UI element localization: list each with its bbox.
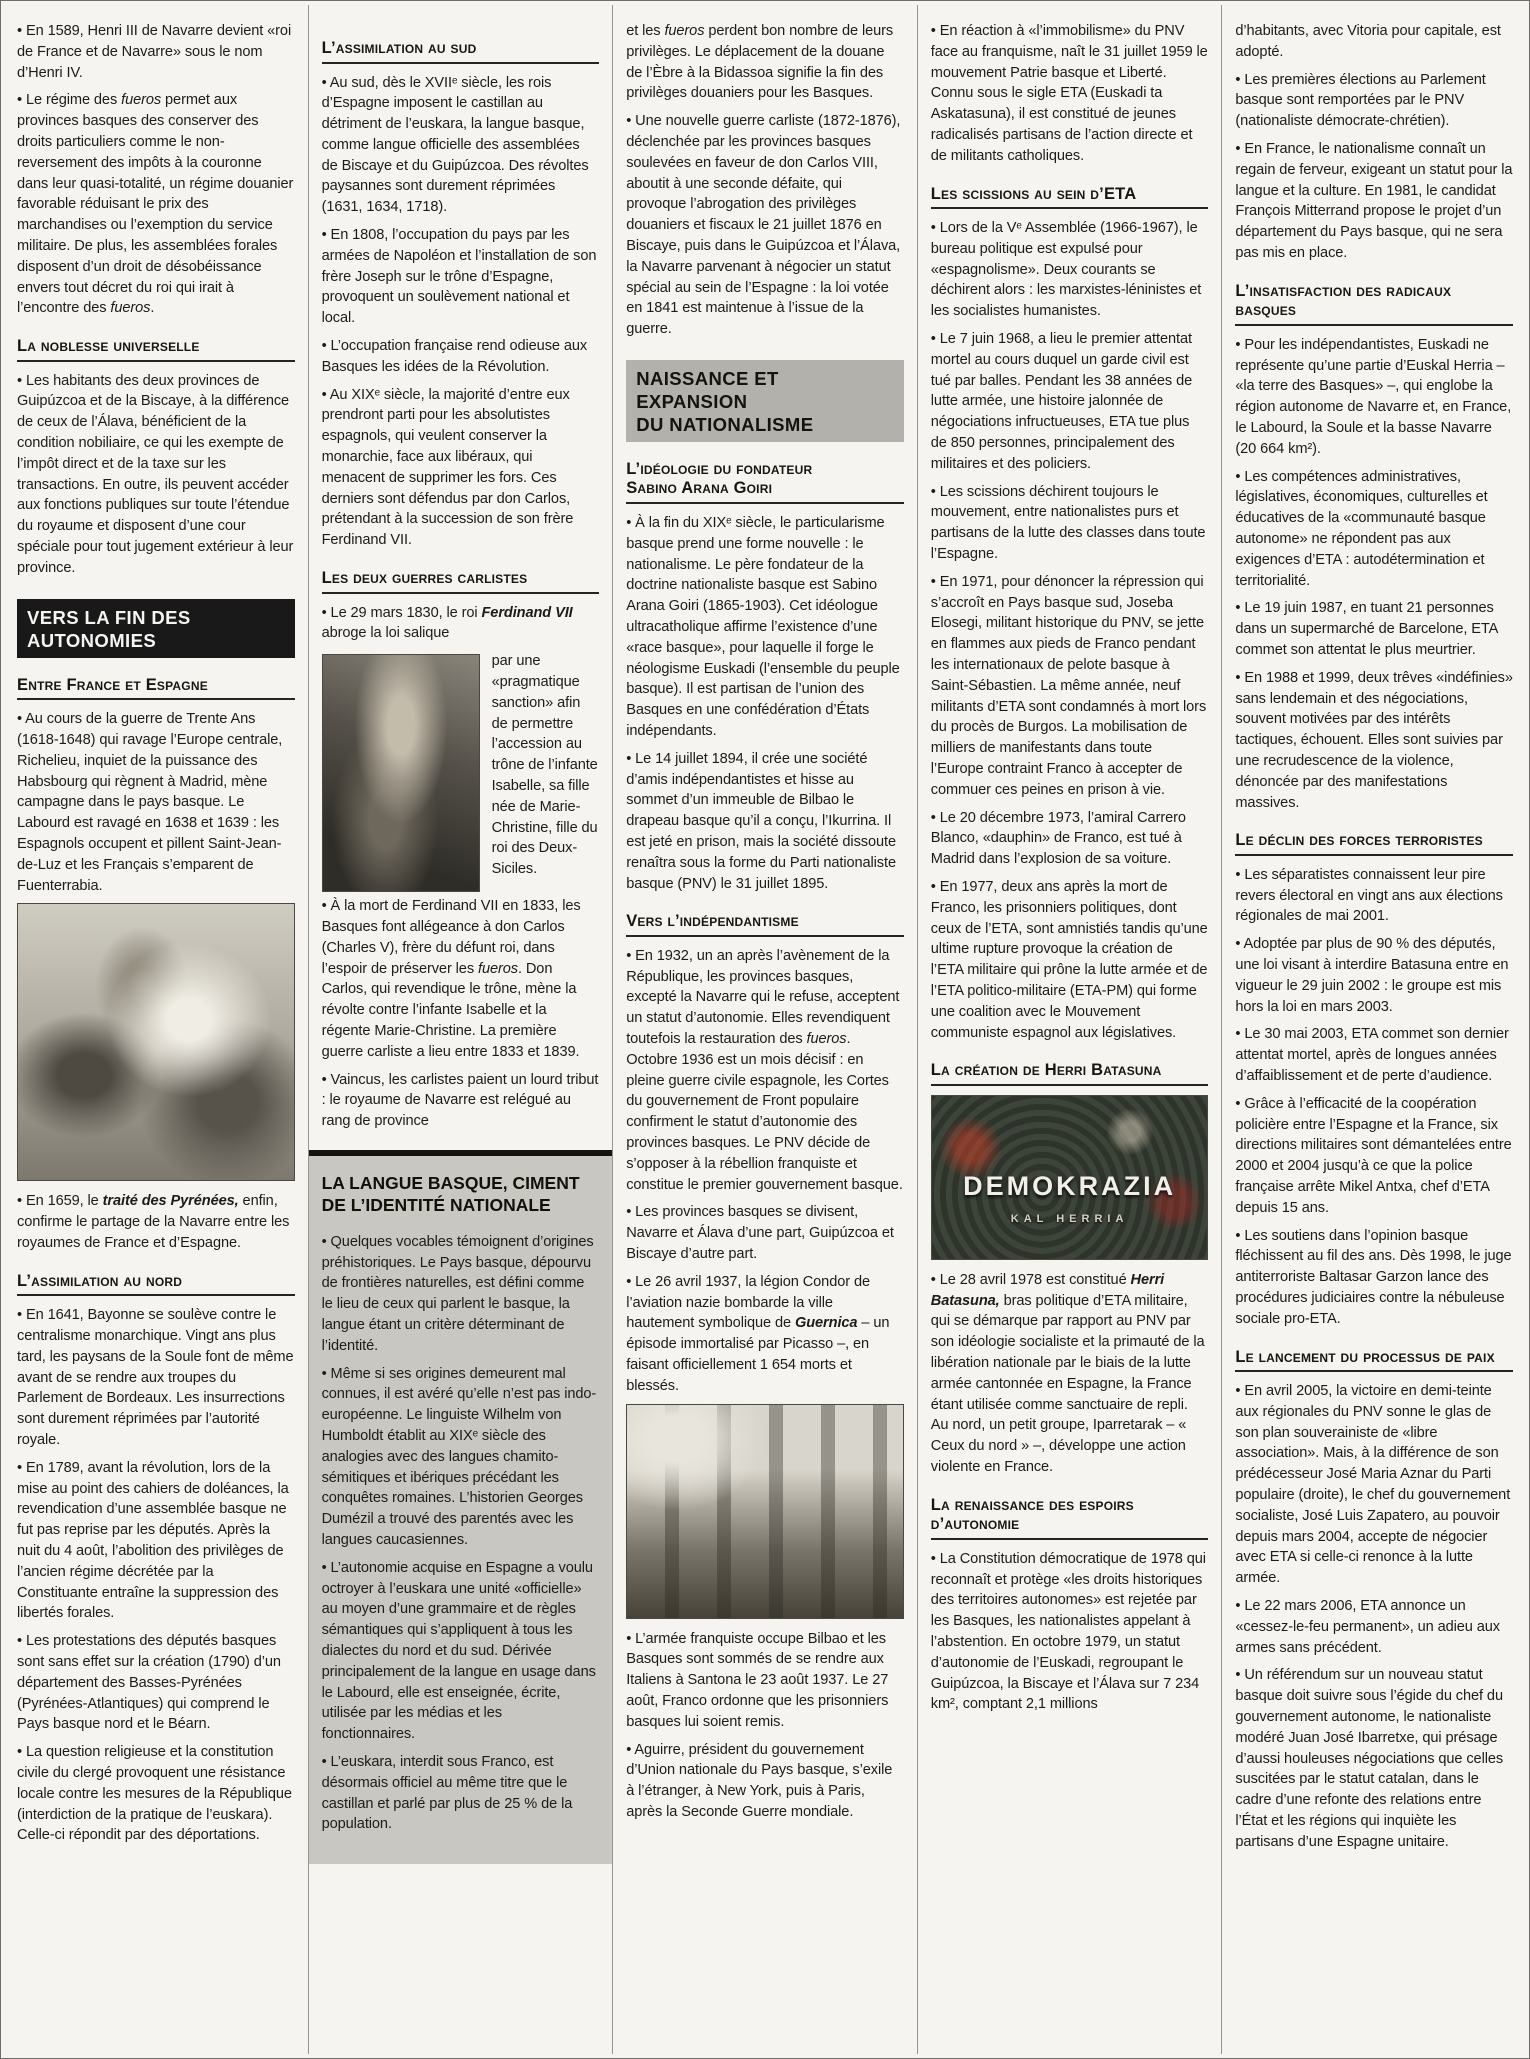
paragraph: • Lors de la Vᵉ Assemblée (1966-1967), l… bbox=[931, 218, 1209, 322]
emphasis-italic: fueros bbox=[110, 300, 150, 316]
paragraph: • En 1971, pour dénoncer la répression q… bbox=[931, 572, 1209, 801]
section-subhead: La création de Herri Batasuna bbox=[931, 1061, 1209, 1086]
paragraph: • Le 7 juin 1968, a lieu le premier atte… bbox=[931, 329, 1209, 475]
section-subhead: L’assimilation au nord bbox=[17, 1272, 295, 1297]
paragraph: • Grâce à l’efficacité de la coopération… bbox=[1235, 1094, 1513, 1219]
paragraph: • Le régime des fueros permet aux provin… bbox=[17, 90, 295, 319]
section-subhead: Les scissions au sein d’ETA bbox=[931, 185, 1209, 210]
paragraph: • Une nouvelle guerre carliste (1872-187… bbox=[626, 111, 904, 340]
paragraph: d’habitants, avec Vitoria pour capitale,… bbox=[1235, 21, 1513, 63]
paragraph: • L’euskara, interdit sous Franco, est d… bbox=[322, 1752, 600, 1835]
paragraph: • En 1589, Henri III de Navarre devient … bbox=[17, 21, 295, 83]
paragraph: • Au XIXᵉ siècle, la majorité d’entre eu… bbox=[322, 385, 600, 551]
paragraph: • Les habitants des deux provinces de Gu… bbox=[17, 371, 295, 579]
paragraph: • En 1808, l’occupation du pays par les … bbox=[322, 225, 600, 329]
page-columns: • En 1589, Henri III de Navarre devient … bbox=[4, 5, 1526, 2054]
paragraph: • Les protestations des députés basques … bbox=[17, 1631, 295, 1735]
paragraph: • En 1977, deux ans après la mort de Fra… bbox=[931, 877, 1209, 1043]
emphasis-bold-italic: Guernica bbox=[795, 1315, 857, 1331]
paragraph: • Le 14 juillet 1894, il crée une sociét… bbox=[626, 749, 904, 895]
sidebar-box: LA LANGUE BASQUE, CIMENT DE L’IDENTITÉ N… bbox=[309, 1150, 613, 1864]
paragraph: • Un référendum sur un nouveau statut ba… bbox=[1235, 1665, 1513, 1852]
paragraph: • Les compétences administratives, légis… bbox=[1235, 467, 1513, 592]
paragraph: • En 1659, le traité des Pyrénées, enfin… bbox=[17, 1191, 295, 1253]
paragraph: • La Constitution démocratique de 1978 q… bbox=[931, 1549, 1209, 1715]
photo-banner-subtext: KAL HERRIA bbox=[932, 1213, 1208, 1225]
paragraph: • La question religieuse et la constitut… bbox=[17, 1742, 295, 1846]
paragraph: • En 1641, Bayonne se soulève contre le … bbox=[17, 1305, 295, 1451]
section-banner: NAISSANCE ET EXPANSION DU NATIONALISME bbox=[626, 360, 904, 442]
paragraph: • Le 28 avril 1978 est constitué Herri B… bbox=[931, 1270, 1209, 1478]
section-subhead: Entre France et Espagne bbox=[17, 676, 295, 701]
paragraph: • Vaincus, les carlistes paient un lourd… bbox=[322, 1070, 600, 1132]
emphasis-italic: fueros bbox=[807, 1031, 847, 1047]
emphasis-italic: fueros bbox=[664, 23, 704, 39]
section-subhead: La renaissance des espoirs d’autonomie bbox=[931, 1496, 1209, 1540]
guernica-ruins-photo-image bbox=[626, 1404, 904, 1619]
paragraph: • Le 26 avril 1937, la légion Condor de … bbox=[626, 1272, 904, 1397]
paragraph: • L’occupation française rend odieuse au… bbox=[322, 336, 600, 378]
column-4: • En réaction à «l’immobilisme» du PNV f… bbox=[918, 5, 1223, 2054]
emphasis-italic: fueros bbox=[121, 92, 161, 108]
paragraph: • Adoptée par plus de 90 % des députés, … bbox=[1235, 934, 1513, 1017]
section-subhead: L’idéologie du fondateur Sabino Arana Go… bbox=[626, 460, 904, 504]
paragraph: • Le 30 mai 2003, ETA commet son dernier… bbox=[1235, 1024, 1513, 1086]
column-1: • En 1589, Henri III de Navarre devient … bbox=[4, 5, 309, 2054]
paragraph: • En 1932, un an après l’avènement de la… bbox=[626, 946, 904, 1196]
section-subhead: Le déclin des forces terroristes bbox=[1235, 831, 1513, 856]
section-subhead: L’insatisfaction des radicaux basques bbox=[1235, 282, 1513, 326]
paragraph: • Au cours de la guerre de Trente Ans (1… bbox=[17, 709, 295, 896]
encyclopedia-page: • En 1589, Henri III de Navarre devient … bbox=[0, 0, 1530, 2059]
paragraph: • Les séparatistes connaissent leur pire… bbox=[1235, 865, 1513, 927]
paragraph: • À la fin du XIXᵉ siècle, le particular… bbox=[626, 513, 904, 742]
paragraph: • En 1789, avant la révolution, lors de … bbox=[17, 1458, 295, 1624]
paragraph: • Le 22 mars 2006, ETA annonce un «cesse… bbox=[1235, 1596, 1513, 1658]
paragraph: • À la mort de Ferdinand VII en 1833, le… bbox=[322, 896, 600, 1062]
sidebar-box-title: LA LANGUE BASQUE, CIMENT DE L’IDENTITÉ N… bbox=[322, 1172, 600, 1216]
emphasis-bold-italic: Herri Batasuna, bbox=[931, 1272, 1164, 1309]
paragraph: • Les premières élections au Parlement b… bbox=[1235, 70, 1513, 132]
paragraph: • Aguirre, président du gouvernement d’U… bbox=[626, 1740, 904, 1823]
paragraph: • En 1988 et 1999, deux trêves «indéfini… bbox=[1235, 668, 1513, 814]
paragraph: • Pour les indépendantistes, Euskadi ne … bbox=[1235, 335, 1513, 460]
emphasis-bold-italic: Ferdinand VII bbox=[481, 605, 572, 621]
paragraph: • Le 29 mars 1830, le roi Ferdinand VII … bbox=[322, 603, 600, 645]
photo-banner-text: DEMOKRAZIA bbox=[932, 1171, 1208, 1202]
section-subhead: La noblesse universelle bbox=[17, 337, 295, 362]
section-banner: VERS LA FIN DES AUTONOMIES bbox=[17, 599, 295, 658]
paragraph: • Le 19 juin 1987, en tuant 21 personnes… bbox=[1235, 598, 1513, 660]
paragraph: • Les provinces basques se divisent, Nav… bbox=[626, 1202, 904, 1264]
herri-batasuna-demonstration-photo-image: DEMOKRAZIAKAL HERRIA bbox=[931, 1095, 1209, 1260]
paragraph: • En réaction à «l’immobilisme» du PNV f… bbox=[931, 21, 1209, 167]
ferdinand-vii-portrait-image bbox=[322, 654, 480, 892]
paragraph: et les fueros perdent bon nombre de leur… bbox=[626, 21, 904, 104]
section-subhead: L’assimilation au sud bbox=[322, 39, 600, 64]
paragraph: • Le 20 décembre 1973, l’amiral Carrero … bbox=[931, 808, 1209, 870]
paragraph: • Les scissions déchirent toujours le mo… bbox=[931, 482, 1209, 565]
treaty-of-pyrenees-engraving-image bbox=[17, 903, 295, 1181]
paragraph: • En France, le nationalisme connaît un … bbox=[1235, 139, 1513, 264]
section-subhead: Les deux guerres carlistes bbox=[322, 569, 600, 594]
column-3: et les fueros perdent bon nombre de leur… bbox=[613, 5, 918, 2054]
section-subhead: Le lancement du processus de paix bbox=[1235, 1348, 1513, 1373]
emphasis-italic: fueros bbox=[478, 961, 518, 977]
paragraph: • L’armée franquiste occupe Bilbao et le… bbox=[626, 1629, 904, 1733]
column-2: L’assimilation au sud• Au sud, dès le XV… bbox=[309, 5, 614, 2054]
paragraph: • Au sud, dès le XVIIᵉ siècle, les rois … bbox=[322, 73, 600, 219]
paragraph: • Les soutiens dans l’opinion basque flé… bbox=[1235, 1226, 1513, 1330]
paragraph: • L’autonomie acquise en Espagne a voulu… bbox=[322, 1558, 600, 1745]
paragraph-with-figure: par une «pragmatique sanction» afin de p… bbox=[322, 651, 600, 880]
paragraph: • En avril 2005, la victoire en demi-tei… bbox=[1235, 1381, 1513, 1589]
emphasis-bold-italic: traité des Pyrénées, bbox=[103, 1193, 239, 1209]
section-subhead: Vers l’indépendantisme bbox=[626, 912, 904, 937]
column-5: d’habitants, avec Vitoria pour capitale,… bbox=[1222, 5, 1526, 2054]
paragraph: • Même si ses origines demeurent mal con… bbox=[322, 1364, 600, 1551]
paragraph: • Quelques vocables témoignent d’origine… bbox=[322, 1232, 600, 1357]
